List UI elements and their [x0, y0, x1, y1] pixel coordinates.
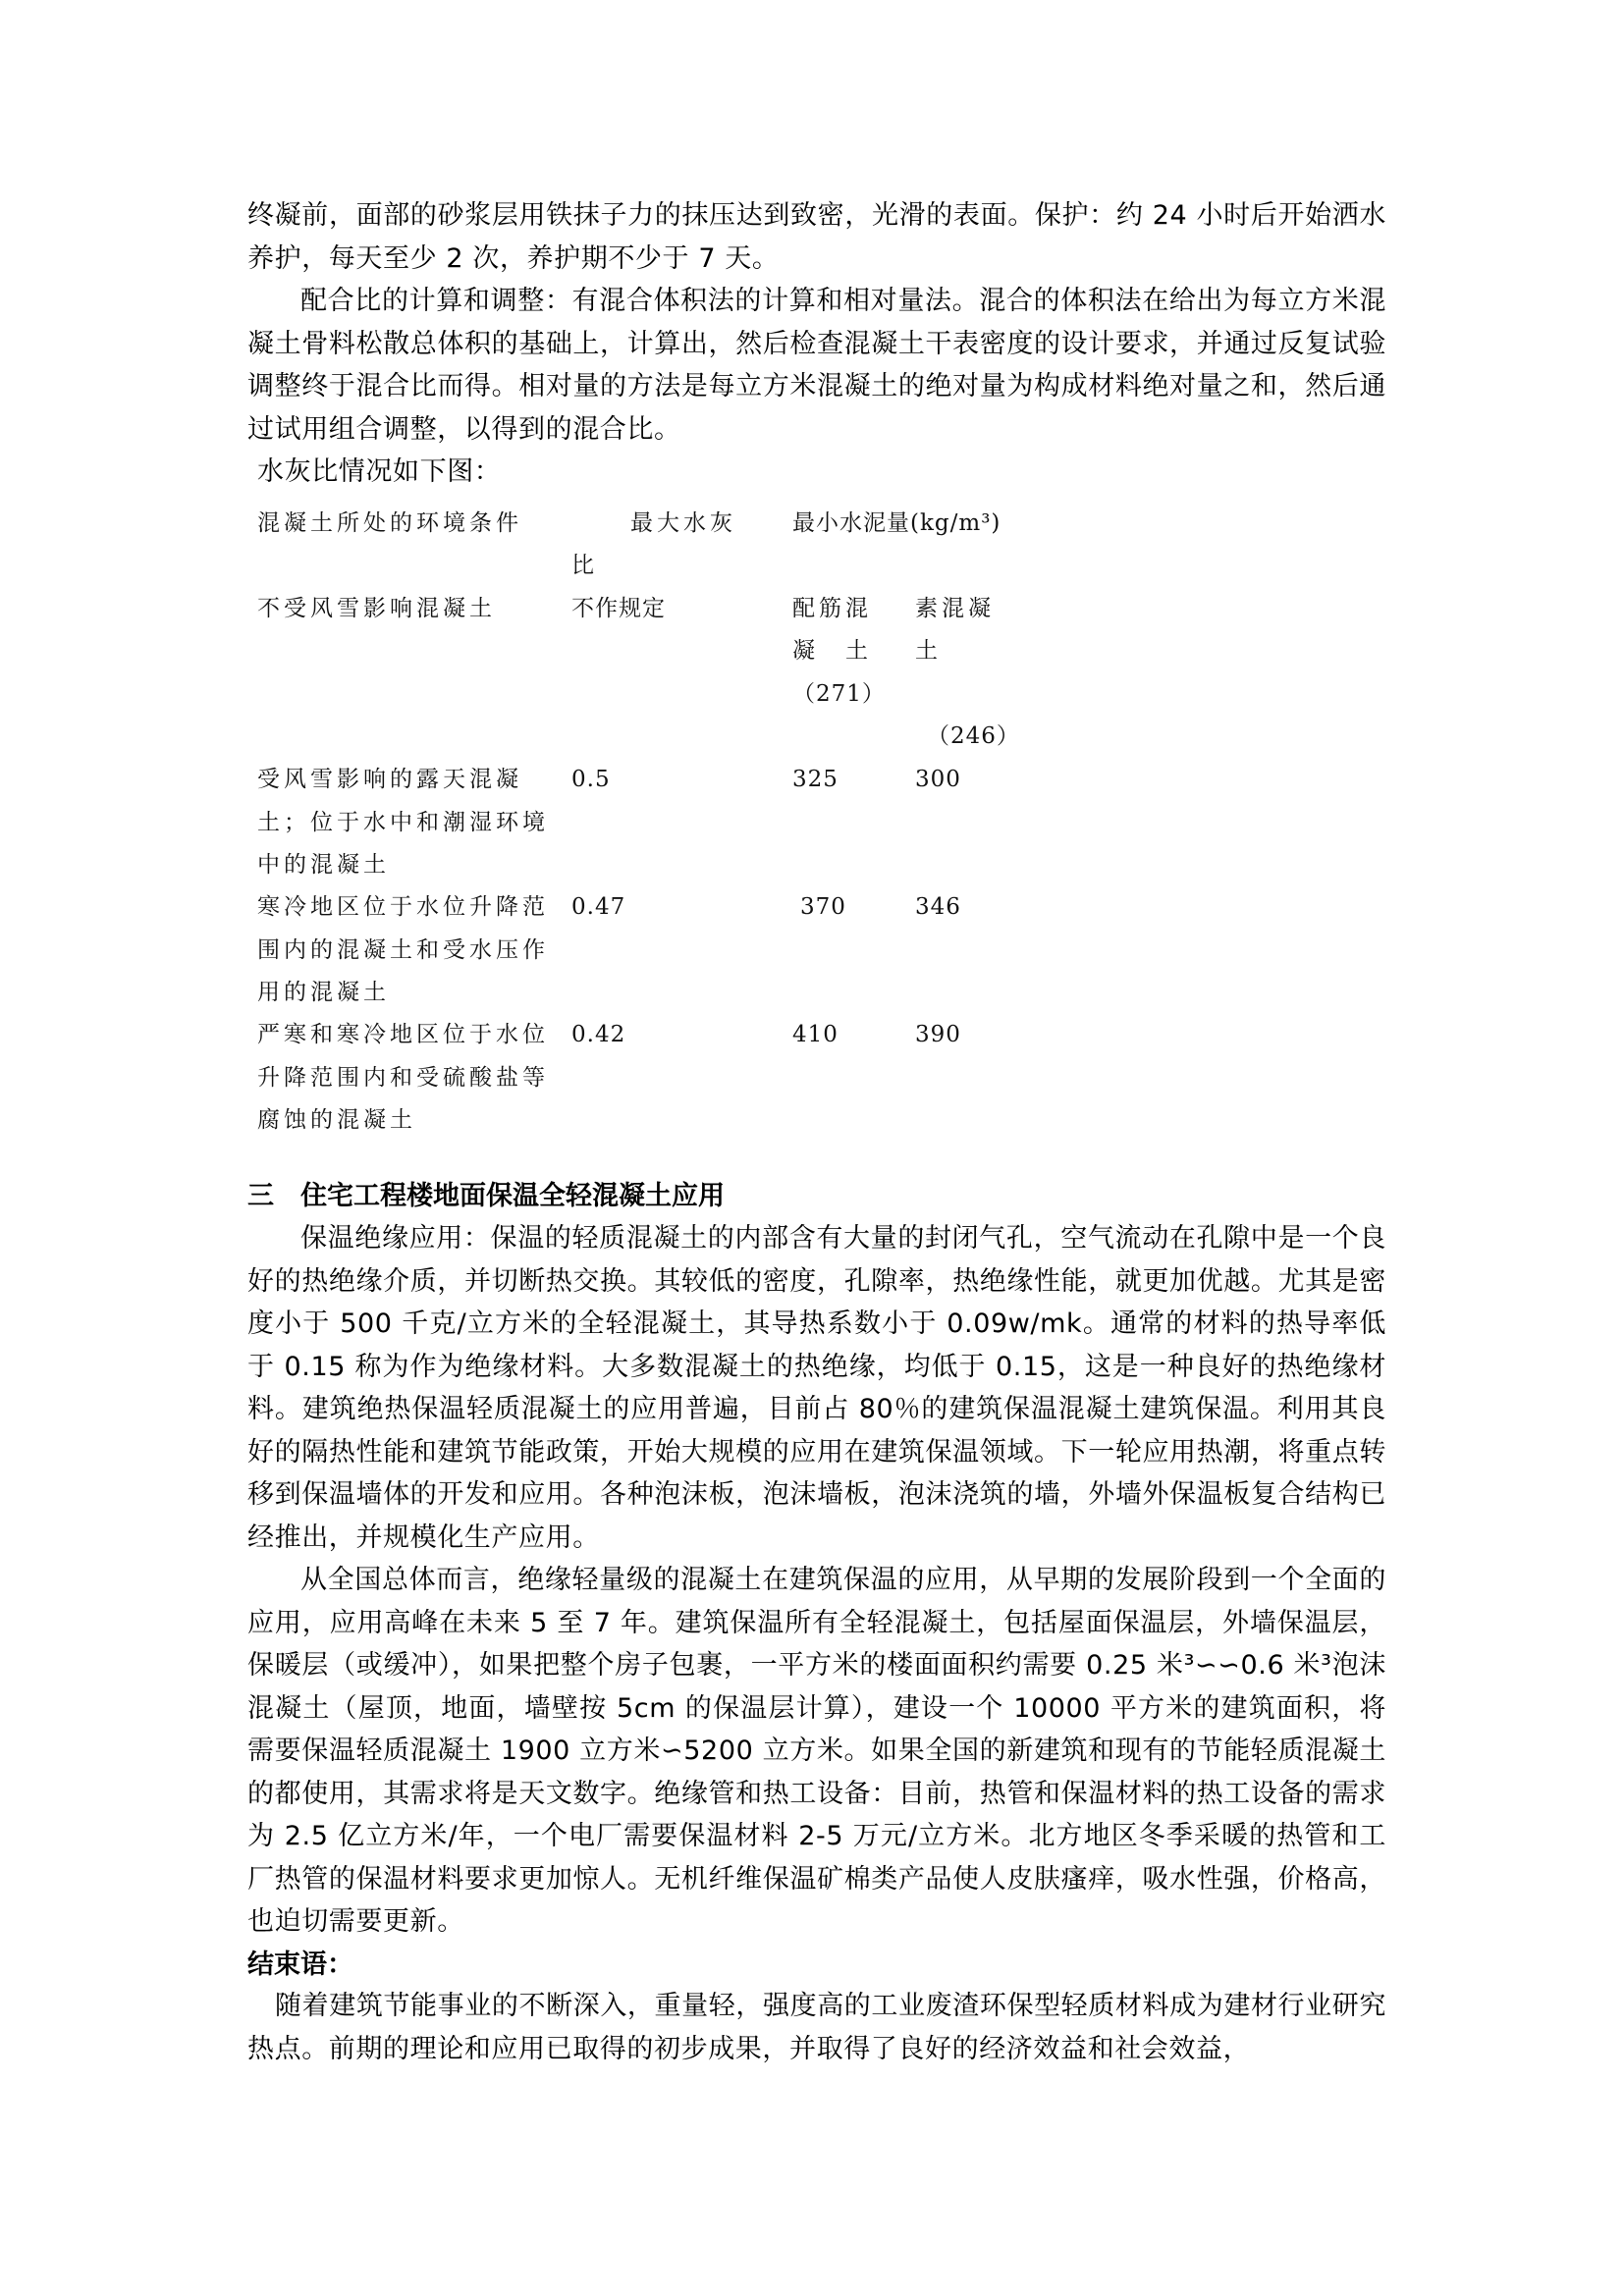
- row2-reinforced-value: 325: [792, 759, 839, 802]
- row1-condition: 不受风雪影响混凝土: [257, 588, 552, 631]
- paragraph-conclusion: 随着建筑节能事业的不断深入，重量轻，强度高的工业废渣环保型轻质材料成为建材行业研…: [247, 1985, 1386, 2070]
- header-max-wc: 最大水灰: [630, 503, 736, 546]
- row1-plain-value: （246）: [927, 716, 1020, 759]
- row1-max-wc: 不作规定: [571, 588, 666, 631]
- paragraph-mix-ratio: 配合比的计算和调整：有混合体积法的计算和相对量法。混合的体积法在给出为每立方米混…: [247, 280, 1386, 451]
- paragraph-wc-intro: 水灰比情况如下图：: [257, 451, 1396, 494]
- row3-reinforced-value: 370: [800, 886, 846, 930]
- row1-reinforced-label-cont: 凝 土: [792, 630, 872, 673]
- document-page: 终凝前，面部的砂浆层用铁抹子力的抹压达到致密，光滑的表面。保护：约 24 小时后…: [0, 0, 1624, 2296]
- row4-condition: 严寒和寒冷地区位于水位升降范围内和受硫酸盐等腐蚀的混凝土: [257, 1014, 552, 1143]
- paragraph-curing: 终凝前，面部的砂浆层用铁抹子力的抹压达到致密，光滑的表面。保护：约 24 小时后…: [247, 194, 1386, 280]
- row2-plain-value: 300: [915, 759, 961, 802]
- row4-reinforced-value: 410: [792, 1014, 839, 1057]
- row3-condition: 寒冷地区位于水位升降范围内的混凝土和受水压作用的混凝土: [257, 886, 552, 1015]
- header-condition: 混凝土所处的环境条件: [257, 503, 552, 546]
- header-max-wc-cont: 比: [571, 545, 595, 588]
- row1-plain-label: 素混凝: [915, 588, 995, 631]
- header-min-cement: 最小水泥量(kg/m³): [792, 503, 1001, 546]
- conclusion-heading: 结束语：: [247, 1944, 353, 1986]
- row3-plain-value: 346: [915, 886, 961, 930]
- row4-plain-value: 390: [915, 1014, 961, 1057]
- row1-plain-label-cont: 土: [915, 630, 939, 673]
- paragraph-insulation: 保温绝缘应用：保温的轻质混凝土的内部含有大量的封闭气孔，空气流动在孔隙中是一个良…: [247, 1217, 1386, 1559]
- row3-max-wc: 0.47: [571, 886, 625, 930]
- row1-reinforced-label: 配筋混: [792, 588, 872, 631]
- row2-max-wc: 0.5: [571, 759, 611, 802]
- paragraph-national-outlook: 从全国总体而言，绝缘轻量级的混凝土在建筑保温的应用，从早期的发展阶段到一个全面的…: [247, 1559, 1386, 1944]
- wc-intro-text: 水灰比情况如下图：: [257, 456, 501, 487]
- section-3-heading: 三 住宅工程楼地面保温全轻混凝土应用: [247, 1175, 725, 1217]
- row4-max-wc: 0.42: [571, 1014, 625, 1057]
- row2-condition: 受风雪影响的露天混凝土；位于水中和潮湿环境中的混凝土: [257, 759, 552, 887]
- row1-reinforced-value: （271）: [792, 673, 886, 717]
